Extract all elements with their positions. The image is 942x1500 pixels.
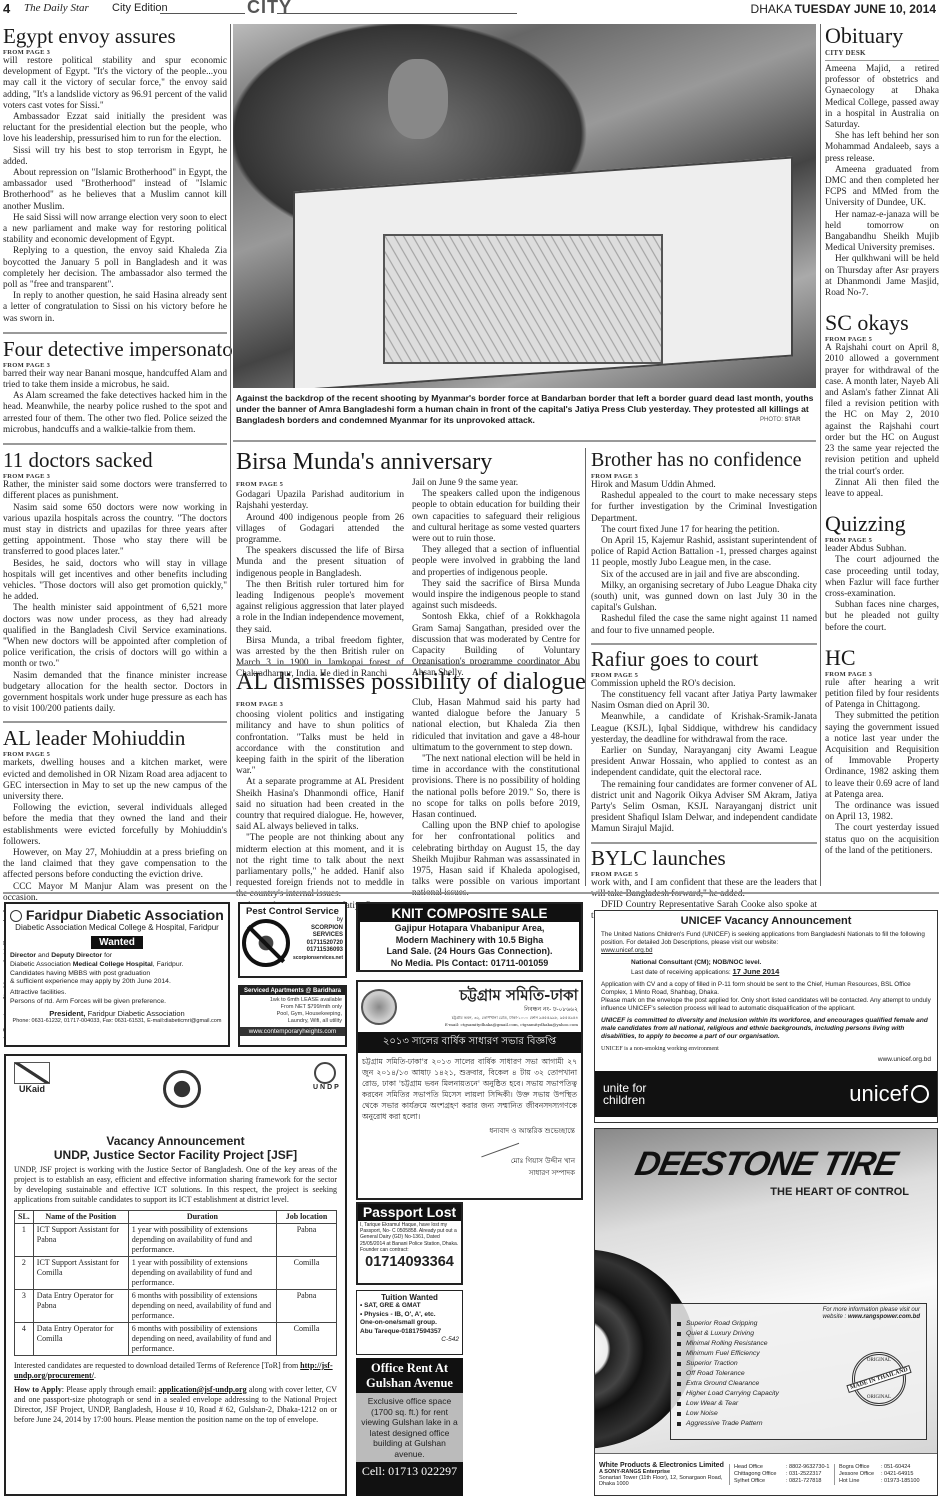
article-brother: Brother has no confidence FROM PAGE 3 Hi… bbox=[591, 448, 817, 637]
headline: Brother has no confidence bbox=[591, 448, 817, 472]
ad-unicef-vacancy: UNICEF Vacancy Announcement The United N… bbox=[594, 910, 938, 1123]
left-column: Egypt envoy assures FROM PAGE 3 will res… bbox=[3, 24, 227, 1048]
made-in-thailand-stamp: ORIGINAL MADE IN THAILAND ORIGINAL bbox=[852, 1352, 906, 1406]
column-divider bbox=[230, 24, 231, 886]
list-item: Aggressive Trade Pattern bbox=[677, 1419, 920, 1429]
emblem-icon bbox=[228, 910, 230, 922]
table-row: 3 Data Entry Operator for Pabna 6 months… bbox=[15, 1290, 337, 1323]
headline: Birsa Munda's anniversary bbox=[236, 448, 580, 476]
bangladesh-emblem-icon bbox=[163, 1070, 201, 1108]
right-column: Obituary CITY DESK Ameena Majid, a retir… bbox=[825, 24, 939, 857]
ad-body: Gajipur Hotapara Vhabanipur Area, Modern… bbox=[360, 922, 579, 970]
ad-signature: President, Faridpur Diabetic Association bbox=[10, 1009, 224, 1018]
headline: Obituary bbox=[825, 24, 939, 48]
ad-title: Pest Control Service bbox=[242, 906, 343, 917]
headline: AL dismisses possibility of dialogue bbox=[236, 668, 580, 696]
headline: Rafiur goes to court bbox=[591, 647, 817, 671]
ads-divider bbox=[3, 892, 939, 894]
unicef-web: www.unicef.org.bd bbox=[601, 1056, 931, 1063]
ad-pest-control: Pest Control Service by SCORPION SERVICE… bbox=[238, 902, 347, 978]
ad-title: Office Rent At Gulshan Avenue bbox=[356, 1358, 463, 1391]
unicef-tagline: unite for children bbox=[603, 1082, 646, 1106]
ad-passport-lost: Passport Lost I, Tarique Ekramul Haque, … bbox=[356, 1202, 463, 1285]
article-divider bbox=[236, 664, 580, 666]
office-list-2: Bogra Office: 051-60424 Jessore Office: … bbox=[834, 1464, 933, 1485]
ad-undp-vacancy: UKaid UNDP Vacancy Announcement UNDP, Ju… bbox=[4, 1054, 347, 1496]
article-doctors: 11 doctors sacked FROM PAGE 3 Rather, th… bbox=[3, 448, 227, 715]
headline: HC bbox=[825, 646, 939, 670]
article-dialogue: AL dismisses possibility of dialogue FRO… bbox=[236, 668, 580, 912]
photo-credit: PHOTO: STAR bbox=[760, 417, 800, 423]
headline: Quizzing bbox=[825, 512, 939, 536]
article-body: Hirok and Masum Uddin Ahmed. Rashedul ap… bbox=[591, 480, 817, 637]
jump-label: FROM PAGE 5 bbox=[3, 751, 227, 758]
company-footer: White Products & Electronics Limited A S… bbox=[595, 1453, 937, 1495]
article-body: markets, dwelling houses and a kitchen m… bbox=[3, 758, 227, 904]
company-info: White Products & Electronics Limited A S… bbox=[599, 1462, 729, 1487]
undp-logo: UNDP bbox=[313, 1062, 337, 1092]
article-body: Commission upheld the RO's decision. The… bbox=[591, 679, 817, 836]
jump-label: FROM PAGE 5 bbox=[591, 871, 817, 878]
brand-name: DEESTONE TIRE bbox=[594, 1145, 938, 1184]
article-quizzing: Quizzing FROM PAGE 5 leader Abdus Subhan… bbox=[825, 512, 939, 634]
newspaper-logo: The Daily Star bbox=[24, 2, 89, 14]
article-body-col1: FROM PAGE 3 choosing violent politics an… bbox=[236, 698, 404, 912]
ad-office-rent: Office Rent At Gulshan Avenue Exclusive … bbox=[356, 1358, 463, 1496]
headline: BYLC launches bbox=[591, 846, 817, 870]
photo-caption: Against the backdrop of the recent shoot… bbox=[236, 393, 816, 426]
jump-label: FROM PAGE 5 bbox=[825, 336, 939, 343]
ad-contact: Phone: 0631-61232, 01717-004033, Fax: 06… bbox=[10, 1018, 224, 1024]
article-body: barred their way near Banani mosque, han… bbox=[3, 369, 227, 436]
ad-intro: UNDP, JSF project is working with the Ju… bbox=[14, 1165, 337, 1205]
no-cockroach-icon bbox=[242, 919, 290, 967]
table-row: 2 ICT Support Assistant for Comilla 1 ye… bbox=[15, 1257, 337, 1290]
article-mohiuddin: AL leader Mohiuddin FROM PAGE 5 markets,… bbox=[3, 726, 227, 904]
photo-subject bbox=[388, 59, 448, 139]
smoking-note: UNICEF is a non-smoking working environm… bbox=[601, 1046, 931, 1052]
article-sc: SC okays FROM PAGE 5 A Rajshahi court on… bbox=[825, 311, 939, 500]
column-divider bbox=[820, 24, 821, 886]
article-birsa: Birsa Munda's anniversary FROM PAGE 5 Go… bbox=[236, 448, 580, 681]
date-line: DHAKA TUESDAY JUNE 10, 2014 bbox=[751, 2, 936, 16]
diversity-statement: UNICEF is committed to diversity and inc… bbox=[601, 1017, 931, 1042]
list-item: Minimal Rolling Resistance bbox=[677, 1339, 920, 1349]
jump-label: FROM PAGE 3 bbox=[3, 362, 227, 369]
article-body: Rather, the minister said some doctors w… bbox=[3, 480, 227, 715]
tor-note: Interested candidates are requested to d… bbox=[14, 1361, 337, 1381]
jump-label: FROM PAGE 5 bbox=[825, 537, 939, 544]
notice-body: চট্টগ্রাম সমিতি-ঢাকা'র ২০১৩ সালের বার্ষি… bbox=[358, 1053, 581, 1125]
article-body-col2: Club, Hasan Mahmud said his party had wa… bbox=[412, 698, 580, 912]
masthead-divider bbox=[160, 13, 245, 14]
unicef-website-link[interactable]: www.unicef.org.bd bbox=[601, 947, 652, 954]
section-title: CITY bbox=[247, 0, 292, 18]
headline: Egypt envoy assures bbox=[3, 24, 227, 48]
page-number: 4 bbox=[3, 1, 10, 16]
headline: AL leader Mohiuddin bbox=[3, 726, 227, 750]
ad-body: • SAT, GRE & GMAT • Physics - IB, O', A'… bbox=[360, 1302, 459, 1345]
ad-phone: Cell: 01713 022297 bbox=[356, 1462, 463, 1480]
article-divider bbox=[3, 332, 227, 334]
article-divider bbox=[3, 443, 227, 445]
ad-title: UNICEF Vacancy Announcement bbox=[601, 915, 931, 927]
article-egypt: Egypt envoy assures FROM PAGE 3 will res… bbox=[3, 24, 227, 325]
article-divider bbox=[591, 643, 817, 645]
ad-tuition: Tuition Wanted • SAT, GRE & GMAT • Physi… bbox=[356, 1290, 463, 1355]
column-divider bbox=[585, 448, 586, 886]
masthead-divider bbox=[277, 13, 517, 14]
article-rafiur: Rafiur goes to court FROM PAGE 5 Commiss… bbox=[591, 647, 817, 836]
ad-title: Faridpur Diabetic Association bbox=[10, 907, 224, 923]
desk-label: CITY DESK bbox=[825, 49, 939, 61]
ad-header: চট্টগ্রাম সমিতি-ঢাকা নিবন্ধন নং- ঢ-০৮৬৬২… bbox=[358, 982, 581, 1032]
ad-body: Director and Deputy Director for Diabeti… bbox=[10, 952, 224, 1007]
list-item: Low Noise bbox=[677, 1409, 920, 1419]
application-info: Application with CV and a copy of filled… bbox=[601, 981, 931, 1013]
news-photo bbox=[233, 24, 816, 388]
position-info: National Consultant (CM); NOB/NOC level.… bbox=[601, 959, 931, 977]
ad-website: www.contemporaryheights.com bbox=[240, 1027, 345, 1036]
article-body: rule after hearing a writ petition filed… bbox=[825, 678, 939, 857]
notice-title: ২০১৩ সালের বার্ষিক সাধারণ সভার বিজ্ঞপ্তি bbox=[358, 1032, 581, 1053]
jump-label: FROM PAGE 3 bbox=[825, 671, 939, 678]
notice-thanks: ধন্যবাদ ও আন্তরিক শুভেচ্ছান্তে bbox=[358, 1125, 581, 1137]
ad-body: Exclusive office space (1700 sq. ft.) fo… bbox=[356, 1393, 463, 1462]
feature-box: For more information please visit our we… bbox=[670, 1303, 927, 1440]
article-divider bbox=[233, 440, 816, 442]
article-body: Ameena Majid, a retired professor of obs… bbox=[825, 64, 939, 299]
apply-email-link[interactable]: application@jsf-undp.org bbox=[158, 1385, 246, 1394]
ad-title: Serviced Apartments @ Baridhara bbox=[240, 987, 345, 995]
ad-deestone-tire: DEESTONE TIRE THE HEART OF CONTROL For m… bbox=[594, 1128, 938, 1496]
headline: 11 doctors sacked bbox=[3, 448, 227, 472]
article-detectives: Four detective impersonators FROM PAGE 3… bbox=[3, 337, 227, 436]
article-hc: HC FROM PAGE 3 rule after hearing a writ… bbox=[825, 646, 939, 857]
signatory-designation: সাধারণ সম্পাদক bbox=[358, 1167, 581, 1179]
headline: Four detective impersonators bbox=[3, 337, 227, 361]
ad-title: Tuition Wanted bbox=[360, 1293, 459, 1302]
article-body: leader Abdus Subhan. The court adjourned… bbox=[825, 544, 939, 634]
emblem-icon bbox=[10, 910, 22, 922]
unicef-emblem-icon bbox=[911, 1085, 929, 1103]
ad-logos: UKaid UNDP bbox=[14, 1062, 337, 1134]
list-item: Quiet & Luxury Driving bbox=[677, 1329, 920, 1339]
brand-slogan: THE HEART OF CONTROL bbox=[595, 1186, 937, 1198]
ad-body: 1wk to 6mth LEASE available From NET $79… bbox=[240, 995, 345, 1027]
article-body: will restore political stability and spu… bbox=[3, 56, 227, 325]
table-header-row: SL. Name of the Position Duration Job lo… bbox=[15, 1211, 337, 1224]
masthead: 4 The Daily Star City Edition CITY DHAKA… bbox=[0, 0, 942, 18]
article-divider bbox=[3, 721, 227, 723]
ad-title: Passport Lost bbox=[358, 1204, 461, 1221]
ukaid-logo: UKaid bbox=[14, 1062, 50, 1094]
samiti-logo-icon bbox=[361, 989, 397, 1025]
right-center-column: Brother has no confidence FROM PAGE 3 Hi… bbox=[591, 448, 817, 923]
ad-body: I, Tarique Ekramul Haque, have lost my P… bbox=[358, 1221, 461, 1254]
signatory-name: মোঃ গিয়াস উদ্দীন খান bbox=[358, 1155, 581, 1167]
headline: SC okays bbox=[825, 311, 939, 335]
unicef-logo: unicef bbox=[849, 1081, 929, 1107]
ad-knit-composite: KNIT COMPOSITE SALE Gajipur Hotapara Vha… bbox=[356, 902, 583, 972]
table-row: 4 Data Entry Operator for Comilla 6 mont… bbox=[15, 1323, 337, 1356]
article-obituary: Obituary CITY DESK Ameena Majid, a retir… bbox=[825, 24, 939, 299]
photo-banner-drawing bbox=[383, 234, 663, 364]
ad-apartments: Serviced Apartments @ Baridhara 1wk to 6… bbox=[238, 985, 347, 1047]
article-body-col1: FROM PAGE 5 Godagari Upazila Parishad au… bbox=[236, 478, 404, 681]
ad-subtitle: Diabetic Association Medical College & H… bbox=[10, 923, 224, 932]
ad-chittagong-samiti: চট্টগ্রাম সমিতি-ঢাকা নিবন্ধন নং- ঢ-০৮৬৬২… bbox=[356, 980, 583, 1200]
wanted-badge: Wanted bbox=[91, 936, 143, 949]
unicef-footer: unite for children unicef bbox=[595, 1071, 937, 1117]
ad-title: Vacancy Announcement UNDP, Justice Secto… bbox=[14, 1134, 337, 1162]
ad-title: KNIT COMPOSITE SALE bbox=[360, 906, 579, 922]
apply-instructions: How to Apply: Please apply through email… bbox=[14, 1385, 337, 1425]
table-row: 1 ICT Support Assistant for Pabna 1 year… bbox=[15, 1224, 337, 1257]
jump-label: FROM PAGE 3 bbox=[3, 49, 227, 56]
office-list-1: Head Office: 8802-9632730-1 Chittagong O… bbox=[729, 1464, 834, 1485]
jump-label: FROM PAGE 3 bbox=[591, 473, 817, 480]
jump-label: FROM PAGE 5 bbox=[591, 672, 817, 679]
positions-table: SL. Name of the Position Duration Job lo… bbox=[14, 1210, 337, 1356]
article-body: A Rajshahi court on April 8, 2010 allowe… bbox=[825, 343, 939, 500]
article-body-col2: Jail on June 9 the same year. The speake… bbox=[412, 478, 580, 681]
ad-intro: The United Nations Children's Fund (UNIC… bbox=[601, 931, 931, 955]
ad-phone: 01714093364 bbox=[358, 1254, 461, 1270]
ad-contact: by SCORPION SERVICES 01711520720 0171153… bbox=[290, 917, 343, 967]
article-divider bbox=[591, 842, 817, 844]
ad-faridpur: Faridpur Diabetic Association Diabetic A… bbox=[4, 902, 230, 1047]
